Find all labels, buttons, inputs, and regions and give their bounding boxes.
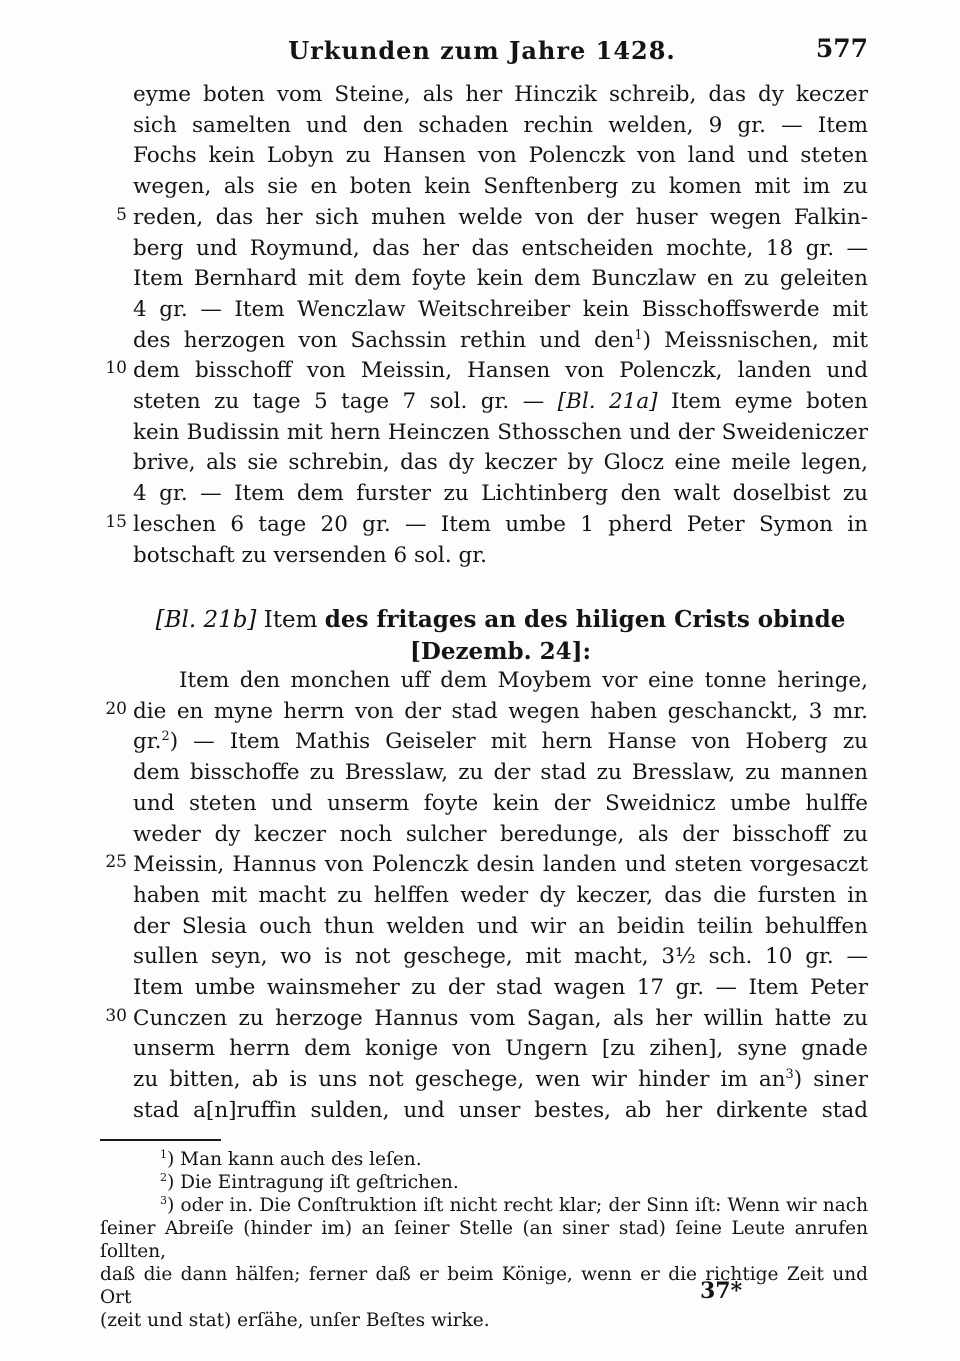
footnote-text: 1) Man kann auch des leſen.	[100, 1148, 868, 1171]
line-text: botschaft zu versenden 6 sol. gr.	[133, 541, 868, 572]
footnotes: 1) Man kann auch des leſen. 2) Die Eintr…	[100, 1148, 868, 1332]
line-text: Item umbe wainsmeher zu der stad wagen 1…	[133, 973, 868, 1004]
footnote-line: daß die dann hälfen; ferner daß er beim …	[100, 1263, 868, 1309]
text-line: Item Bernhard mit dem foyte kein dem Bun…	[133, 264, 868, 295]
text-line: kein Budissin mit hern Heinczen Sthossch…	[133, 418, 868, 449]
text-line: 5 reden, das her sich muhen welde von de…	[133, 203, 868, 234]
line-text: berg und Roymund, das her das entscheide…	[133, 234, 868, 265]
page-number: 577	[816, 34, 868, 63]
text-line: haben mit macht zu helffen weder dy kecz…	[133, 881, 868, 912]
line-text: gr.2) — Item Mathis Geiseler mit hern Ha…	[133, 727, 868, 758]
heading-line: [Dezemb. 24]:	[133, 636, 868, 668]
line-number: 10	[100, 360, 127, 377]
line-text: weder dy keczer noch sulcher beredunge, …	[133, 820, 868, 851]
heading-line: [Bl. 21b] Item des fritages an des hilig…	[133, 604, 868, 636]
line-number: 25	[100, 854, 127, 871]
text-line: des herzogen von Sachssin rethin und den…	[133, 326, 868, 357]
text-line: wegen, als sie en boten kein Senftenberg…	[133, 172, 868, 203]
line-text: brive, als sie schrebin, das dy keczer b…	[133, 448, 868, 479]
line-text: Item den monchen uff dem Moybem vor eine…	[133, 666, 868, 697]
line-text: Item Bernhard mit dem foyte kein dem Bun…	[133, 264, 868, 295]
text-line: 10 dem bisschoff von Meissin, Hansen von…	[133, 356, 868, 387]
text-line: weder dy keczer noch sulcher beredunge, …	[133, 820, 868, 851]
text-line: unserm herrn dem konige von Ungern [zu z…	[133, 1034, 868, 1065]
footnote-text: 2) Die Eintragung iſt geſtrichen.	[100, 1171, 868, 1194]
text-line: Item umbe wainsmeher zu der stad wagen 1…	[133, 973, 868, 1004]
footnote-line: 1) Man kann auch des leſen.	[100, 1148, 868, 1171]
line-text: 4 gr. — Item dem furster zu Lichtinberg …	[133, 479, 868, 510]
text-line: 25 Meissin, Hannus von Polenczk desin la…	[133, 850, 868, 881]
footnote-text: 3) oder in. Die Conſtruktion iſt nicht r…	[100, 1194, 868, 1217]
paragraph-2: Item den monchen uff dem Moybem vor eine…	[133, 666, 868, 1127]
text-line: dem bisschoffe zu Bresslaw, zu der stad …	[133, 758, 868, 789]
text-line: Item den monchen uff dem Moybem vor eine…	[133, 666, 868, 697]
text-line: brive, als sie schrebin, das dy keczer b…	[133, 448, 868, 479]
line-text: reden, das her sich muhen welde von der …	[133, 203, 868, 234]
scanned-book-page: Urkunden zum Jahre 1428. 577 eyme boten …	[0, 0, 960, 1361]
line-text: Meissin, Hannus von Polenczk desin lande…	[133, 850, 868, 881]
text-line: stad a[n]ruffin sulden, und unser bestes…	[133, 1096, 868, 1127]
running-title: Urkunden zum Jahre 1428.	[62, 36, 902, 65]
footnote-line: 3) oder in. Die Conſtruktion iſt nicht r…	[100, 1194, 868, 1217]
footnote-line: (zeit und stat) erſähe, unſer Beſtes wir…	[100, 1309, 868, 1332]
line-text: Cunczen zu herzoge Hannus vom Sagan, als…	[133, 1004, 868, 1035]
footnote-line: 2) Die Eintragung iſt geſtrichen.	[100, 1171, 868, 1194]
footnote-rule	[100, 1139, 221, 1141]
footnote-text: ſeiner Abreiſe (hinder im) an ſeiner Ste…	[100, 1217, 868, 1263]
signature-mark: 37*	[700, 1278, 742, 1304]
footnote-line: ſeiner Abreiſe (hinder im) an ſeiner Ste…	[100, 1217, 868, 1263]
text-line: der Slesia ouch thun welden und wir an b…	[133, 912, 868, 943]
line-text: unserm herrn dem konige von Ungern [zu z…	[133, 1034, 868, 1065]
section-heading: [Bl. 21b] Item des fritages an des hilig…	[133, 604, 868, 668]
text-line: 4 gr. — Item Wenczlaw Weitschreiber kein…	[133, 295, 868, 326]
line-number: 20	[100, 701, 127, 718]
line-text: zu bitten, ab is uns not geschege, wen w…	[133, 1065, 868, 1096]
line-text: sullen seyn, wo is not geschege, mit mac…	[133, 942, 868, 973]
text-line: gr.2) — Item Mathis Geiseler mit hern Ha…	[133, 727, 868, 758]
line-text: Fochs kein Lobyn zu Hansen von Polenczk …	[133, 141, 868, 172]
line-text: dem bisschoffe zu Bresslaw, zu der stad …	[133, 758, 868, 789]
text-line: und steten und unserm foyte kein der Swe…	[133, 789, 868, 820]
line-text: die en myne herrn von der stad wegen hab…	[133, 697, 868, 728]
line-text: haben mit macht zu helffen weder dy kecz…	[133, 881, 868, 912]
text-line: zu bitten, ab is uns not geschege, wen w…	[133, 1065, 868, 1096]
line-text: kein Budissin mit hern Heinczen Sthossch…	[133, 418, 868, 449]
line-text: der Slesia ouch thun welden und wir an b…	[133, 912, 868, 943]
text-line: sullen seyn, wo is not geschege, mit mac…	[133, 942, 868, 973]
footnote-text: daß die dann hälfen; ferner daß er beim …	[100, 1263, 868, 1309]
text-line: berg und Roymund, das her das entscheide…	[133, 234, 868, 265]
line-text: wegen, als sie en boten kein Senftenberg…	[133, 172, 868, 203]
text-line: 15 leschen 6 tage 20 gr. — Item umbe 1 p…	[133, 510, 868, 541]
line-number: 30	[100, 1008, 127, 1025]
heading-text: [Dezemb. 24]:	[133, 636, 868, 668]
text-line: 20 die en myne herrn von der stad wegen …	[133, 697, 868, 728]
text-line: sich samelten und den schaden rechin wel…	[133, 111, 868, 142]
line-text: sich samelten und den schaden rechin wel…	[133, 111, 868, 142]
text-line: eyme boten vom Steine, als her Hinczik s…	[133, 80, 868, 111]
line-number: 15	[100, 514, 127, 531]
footnote-text: (zeit und stat) erſähe, unſer Beſtes wir…	[100, 1309, 868, 1332]
line-text: dem bisschoff von Meissin, Hansen von Po…	[133, 356, 868, 387]
line-text: 4 gr. — Item Wenczlaw Weitschreiber kein…	[133, 295, 868, 326]
line-number: 5	[100, 207, 127, 224]
text-line: 30 Cunczen zu herzoge Hannus vom Sagan, …	[133, 1004, 868, 1035]
text-line: steten zu tage 5 tage 7 sol. gr. — [Bl. …	[133, 387, 868, 418]
line-text: eyme boten vom Steine, als her Hinczik s…	[133, 80, 868, 111]
heading-text: [Bl. 21b] Item des fritages an des hilig…	[133, 604, 868, 636]
line-text: leschen 6 tage 20 gr. — Item umbe 1 pher…	[133, 510, 868, 541]
text-line: Fochs kein Lobyn zu Hansen von Polenczk …	[133, 141, 868, 172]
text-line: botschaft zu versenden 6 sol. gr.	[133, 541, 868, 572]
line-text: stad a[n]ruffin sulden, und unser bestes…	[133, 1096, 868, 1127]
line-text: steten zu tage 5 tage 7 sol. gr. — [Bl. …	[133, 387, 868, 418]
text-line: 4 gr. — Item dem furster zu Lichtinberg …	[133, 479, 868, 510]
paragraph-1: eyme boten vom Steine, als her Hinczik s…	[133, 80, 868, 571]
line-text: und steten und unserm foyte kein der Swe…	[133, 789, 868, 820]
line-text: des herzogen von Sachssin rethin und den…	[133, 326, 868, 357]
